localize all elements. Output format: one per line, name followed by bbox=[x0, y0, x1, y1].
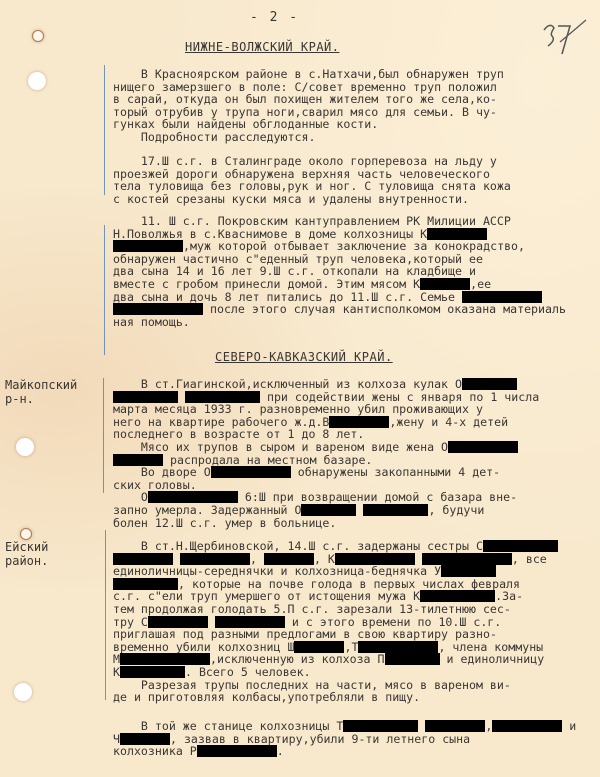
redaction-block bbox=[301, 504, 356, 516]
redaction-block bbox=[441, 565, 496, 577]
margin-pencil-line bbox=[103, 378, 104, 493]
redaction-block bbox=[420, 590, 495, 602]
text-line: Подробности расследуются. bbox=[113, 131, 315, 144]
redaction-block bbox=[363, 504, 428, 516]
redaction-block bbox=[335, 553, 415, 565]
text-line: с костей срезаны куски мяса и удалены вн… bbox=[113, 193, 469, 206]
redaction-block bbox=[462, 291, 542, 303]
redaction-block bbox=[329, 416, 389, 428]
punch-hole bbox=[28, 72, 46, 90]
redaction-block bbox=[462, 378, 517, 390]
redaction-block bbox=[264, 553, 314, 565]
redaction-block bbox=[427, 228, 487, 240]
punch-hole bbox=[16, 438, 34, 456]
redaction-block bbox=[120, 653, 210, 665]
redaction-block bbox=[113, 391, 178, 403]
text-line: колхозника Р. bbox=[113, 745, 284, 758]
punch-hole bbox=[20, 528, 32, 540]
text-line: М,исключенную из колхоза П и единоличниц… bbox=[113, 653, 544, 666]
redaction-block bbox=[113, 553, 173, 565]
margin-pencil-line bbox=[104, 225, 105, 355]
redaction-block bbox=[185, 391, 260, 403]
redaction-block bbox=[113, 578, 178, 590]
margin-pencil-line bbox=[105, 530, 106, 700]
redaction-block bbox=[113, 303, 203, 315]
margin-district-note: Ейский район. bbox=[5, 540, 48, 568]
redaction-block bbox=[358, 641, 438, 653]
redaction-block bbox=[343, 720, 418, 732]
text-line: болен 12.Ш с.г. умер в больнице. bbox=[113, 517, 336, 530]
handwritten-folio-number bbox=[540, 12, 590, 57]
margin-district-note: Майкопский р-н. bbox=[5, 378, 77, 406]
redaction-block bbox=[148, 491, 238, 503]
section-heading: НИЖНЕ-ВОЛЖСКИЙ КРАЙ. bbox=[185, 40, 340, 54]
redaction-block bbox=[294, 641, 344, 653]
redaction-block bbox=[120, 733, 170, 745]
text-line: де и приготовляя колбасы,употребляли в п… bbox=[113, 691, 420, 704]
redaction-block bbox=[420, 278, 470, 290]
redaction-block bbox=[148, 616, 208, 628]
text-line: ная помощь. bbox=[113, 316, 190, 329]
redaction-block bbox=[448, 441, 518, 453]
redaction-block bbox=[215, 616, 285, 628]
redaction-block bbox=[385, 653, 440, 665]
redaction-block bbox=[113, 454, 163, 466]
redaction-block bbox=[483, 540, 558, 552]
redaction-block bbox=[180, 553, 250, 565]
redaction-block bbox=[425, 720, 485, 732]
redaction-block bbox=[120, 666, 185, 678]
redaction-block bbox=[113, 240, 183, 252]
redaction-block bbox=[197, 745, 277, 757]
page-number: - 2 - bbox=[250, 10, 299, 25]
redaction-block bbox=[211, 466, 291, 478]
section-heading: СЕВЕРО-КАВКАЗСКИЙ КРАЙ. bbox=[215, 350, 393, 364]
punch-hole bbox=[14, 683, 32, 701]
margin-pencil-line bbox=[104, 65, 105, 195]
redaction-block bbox=[422, 553, 512, 565]
redaction-block bbox=[492, 720, 562, 732]
punch-hole bbox=[32, 30, 44, 42]
